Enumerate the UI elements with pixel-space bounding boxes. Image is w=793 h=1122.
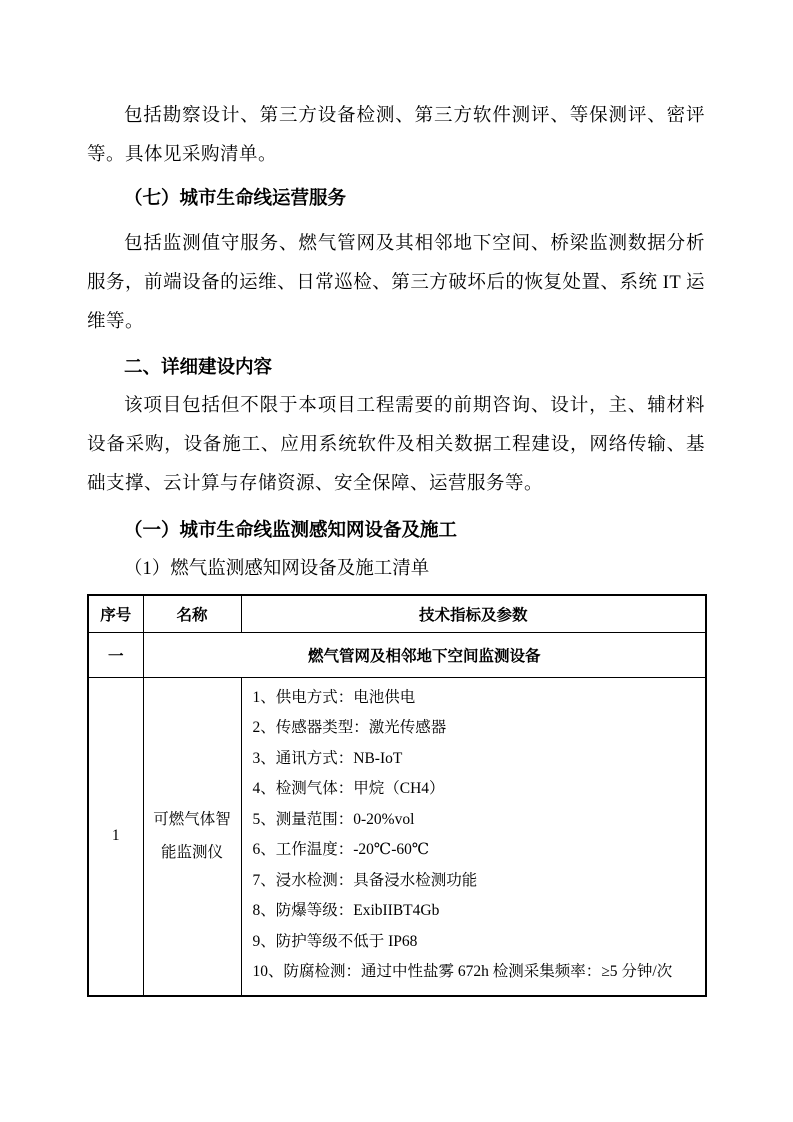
paragraph-line: 服务，前端设备的运维、日常巡检、第三方破坏后的恢复处置、系统 IT 运 <box>87 264 705 303</box>
column-header-name: 名称 <box>143 595 241 632</box>
spec-line-measure-range: 5、测量范围：0-20%vol <box>253 805 698 836</box>
equipment-spec-table: 序号 名称 技术指标及参数 一 燃气管网及相邻地下空间监测设备 1 可燃气体智 … <box>87 594 707 997</box>
document-content: 包括勘察设计、第三方设备检测、第三方软件测评、等保测评、密评 等。具体见采购清单… <box>87 97 705 997</box>
spec-line-power-supply: 1、供电方式：电池供电 <box>253 683 698 714</box>
heading-seven-operation-service: （七）城市生命线运营服务 <box>87 178 705 217</box>
paragraph-line: 设备采购，设备施工、应用系统软件及相关数据工程建设，网络传输、基 <box>87 426 705 465</box>
table-header-row: 序号 名称 技术指标及参数 <box>88 595 706 632</box>
paragraph-line: 该项目包括但不限于本项目工程需要的前期咨询、设计，主、辅材料 <box>87 387 705 426</box>
paragraph-line: 等。具体见采购清单。 <box>87 136 705 175</box>
column-header-index: 序号 <box>88 595 143 632</box>
item-name-cell: 可燃气体智 能监测仪 <box>143 677 241 996</box>
item-name-line: 能监测仪 <box>144 836 241 869</box>
heading-two-detailed-construction: 二、详细建设内容 <box>87 347 705 386</box>
spec-line-sensor-type: 2、传感器类型：激光传感器 <box>253 713 698 744</box>
document-page: 包括勘察设计、第三方设备检测、第三方软件测评、等保测评、密评 等。具体见采购清单… <box>0 0 793 1122</box>
spec-line-explosion-proof: 8、防爆等级：ExibIIBT4Gb <box>253 896 698 927</box>
spec-line-anticorrosion: 10、防腐检测：通过中性盐雾 672h 检测采集频率：≥5 分钟/次 <box>253 957 698 988</box>
spec-line-detected-gas: 4、检测气体：甲烷（CH4） <box>253 774 698 805</box>
spec-line-protection-level: 9、防护等级不低于 IP68 <box>253 927 698 958</box>
heading-one-sensing-network: （一）城市生命线监测感知网设备及施工 <box>87 510 705 549</box>
table-item-row: 1 可燃气体智 能监测仪 1、供电方式：电池供电 2、传感器类型：激光传感器 3… <box>88 677 706 996</box>
item-specs-cell: 1、供电方式：电池供电 2、传感器类型：激光传感器 3、通讯方式：NB-IoT … <box>241 677 706 996</box>
paragraph-line: 包括勘察设计、第三方设备检测、第三方软件测评、等保测评、密评 <box>87 97 705 136</box>
column-header-specs: 技术指标及参数 <box>241 595 706 632</box>
section-title-cell: 燃气管网及相邻地下空间监测设备 <box>143 632 706 677</box>
paragraph-line: 包括监测值守服务、燃气管网及其相邻地下空间、桥梁监测数据分析 <box>87 225 705 264</box>
item-index-cell: 1 <box>88 677 143 996</box>
section-index-cell: 一 <box>88 632 143 677</box>
item-name-line: 可燃气体智 <box>144 803 241 836</box>
table-section-row: 一 燃气管网及相邻地下空间监测设备 <box>88 632 706 677</box>
paragraph-operation-service: 包括监测值守服务、燃气管网及其相邻地下空间、桥梁监测数据分析 服务，前端设备的运… <box>87 225 705 342</box>
table-caption-gas-sensing-list: （1）燃气监测感知网设备及施工清单 <box>87 550 705 589</box>
spec-line-water-immersion: 7、浸水检测：具备浸水检测功能 <box>253 866 698 897</box>
spec-line-working-temperature: 6、工作温度：-20℃-60℃ <box>253 835 698 866</box>
paragraph-project-scope: 该项目包括但不限于本项目工程需要的前期咨询、设计，主、辅材料 设备采购，设备施工… <box>87 387 705 504</box>
paragraph-procurement-scope: 包括勘察设计、第三方设备检测、第三方软件测评、等保测评、密评 等。具体见采购清单… <box>87 97 705 175</box>
spec-line-communication: 3、通讯方式：NB-IoT <box>253 744 698 775</box>
paragraph-line: 维等。 <box>87 303 705 342</box>
paragraph-line: 础支撑、云计算与存储资源、安全保障、运营服务等。 <box>87 465 705 504</box>
